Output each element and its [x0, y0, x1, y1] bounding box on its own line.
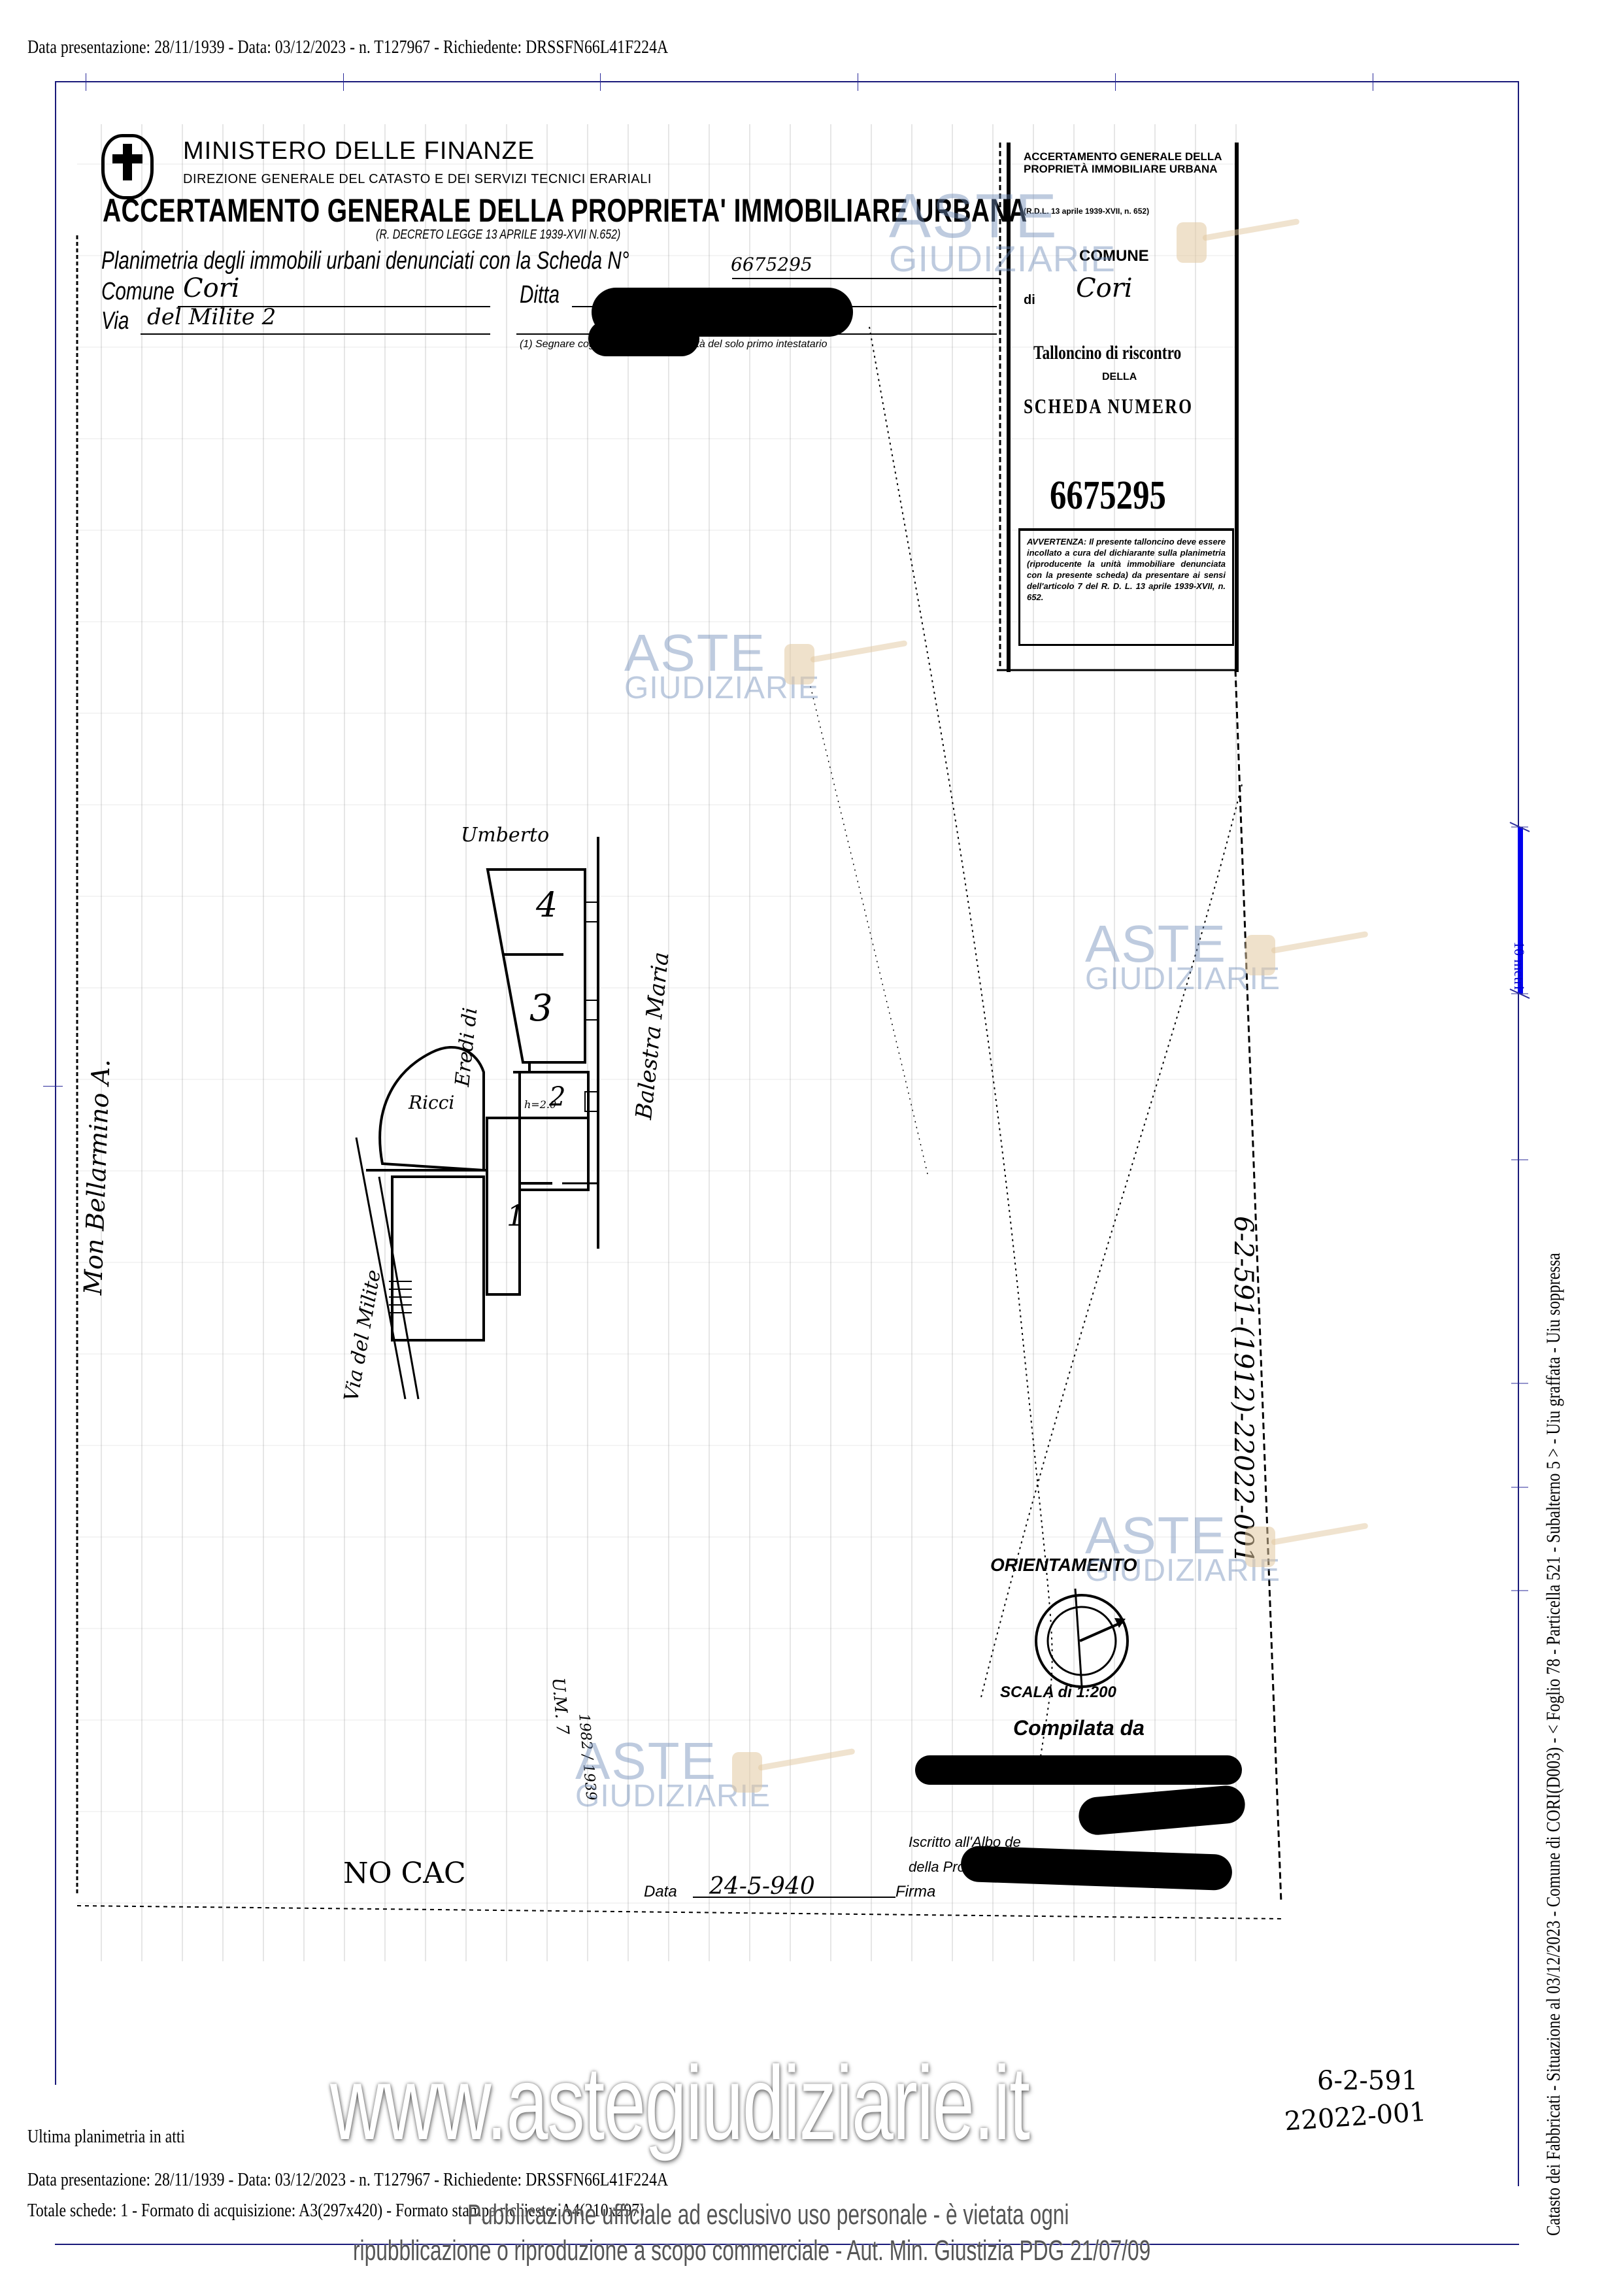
room-2-height: h=2.0 — [524, 1098, 556, 1111]
no-cac-note: NO CAC — [343, 1857, 466, 1890]
cadastral-info-vertical: Catasto dei Fabbricati - Situazione al 0… — [1543, 1253, 1565, 2236]
scale-label: SCALA di 1:200 — [1000, 1683, 1116, 1702]
scale-bar-label: 10 metri — [1511, 941, 1528, 990]
floor-plan-drawing — [0, 0, 1623, 2296]
room-1: 1 — [507, 1200, 525, 1233]
footer-hand-note-1: 6-2-591 — [1317, 2066, 1418, 2096]
usage-notice-1: Pubblicazione ufficiale ad esclusivo uso… — [467, 2199, 1069, 2231]
watermark-brand: ASTE — [889, 190, 1116, 243]
data-value: 24-5-940 — [709, 1873, 815, 1900]
label-neighbor-ricci: Ricci — [409, 1092, 454, 1113]
room-4: 4 — [536, 886, 558, 925]
usage-notice-2: ripubblicazione o riproduzione a scopo c… — [353, 2235, 1150, 2267]
label-north-neighbor: Umberto — [461, 824, 549, 847]
room-3: 3 — [529, 987, 553, 1030]
footer-request-line: Data presentazione: 28/11/1939 - Data: 0… — [27, 2169, 668, 2191]
data-label: Data — [644, 1883, 677, 1901]
last-plan-label: Ultima planimetria in atti — [27, 2126, 185, 2148]
redaction — [915, 1755, 1242, 1785]
watermark-brand: GIUDIZIARIE — [889, 243, 1116, 275]
hand-note-vertical: 6-2-591-(1912)-22022-001 — [1228, 1216, 1258, 1563]
watermark-logo: ASTEGIUDIZIARIE — [889, 190, 1116, 274]
firma-label: Firma — [895, 1883, 935, 1901]
compiled-by-label: Compilata da — [1013, 1716, 1145, 1740]
site-watermark: www.astegiudiziarie.it — [330, 2043, 1029, 2163]
